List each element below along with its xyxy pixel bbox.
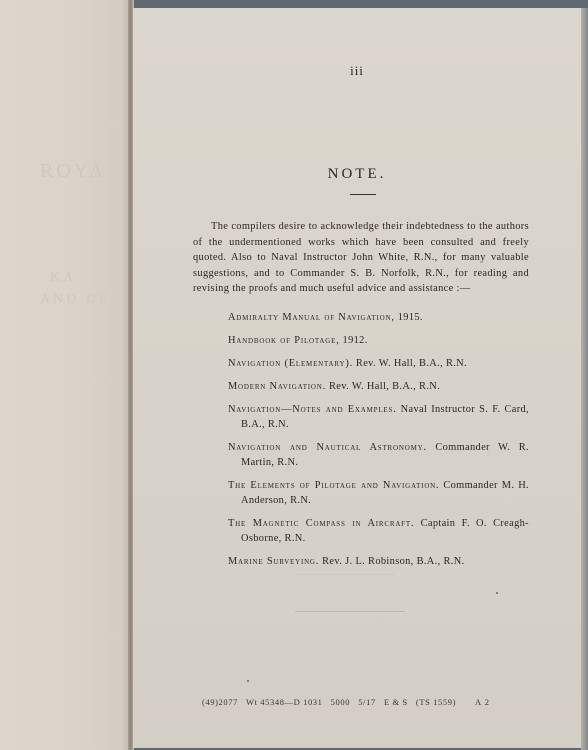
list-item: Marine Surveying. Rev. J. L. Robinson, B… — [228, 554, 529, 569]
page-title: NOTE. — [133, 166, 581, 183]
work-author: 1915. — [395, 312, 423, 323]
list-item: The Elements of Pilotage and Navigation.… — [228, 478, 529, 508]
ghost-text: KA — [50, 270, 76, 286]
work-title: Navigation (Elementary). — [228, 358, 353, 369]
right-page: iii NOTE. The compilers desire to acknow… — [133, 8, 581, 748]
work-author: Rev. W. Hall, B.A., R.N. — [353, 358, 467, 369]
work-author: Rev. J. L. Robinson, B.A., R.N. — [319, 556, 464, 567]
intro-paragraph: The compilers desire to acknowledge thei… — [193, 219, 529, 297]
signature-mark: A 2 — [475, 697, 490, 707]
list-item: The Magnetic Compass in Aircraft. Captai… — [228, 516, 529, 546]
work-title: The Elements of Pilotage and Navigation. — [228, 480, 439, 491]
work-title: Navigation and Nautical Astronomy. — [228, 442, 427, 453]
work-title: Admiralty Manual of Navigation, — [228, 312, 395, 323]
work-title: Marine Surveying. — [228, 556, 319, 567]
work-author: 1912. — [340, 335, 368, 346]
works-list: Admiralty Manual of Navigation, 1915. Ha… — [228, 310, 529, 577]
list-item: Navigation—Notes and Examples. Naval Ins… — [228, 402, 529, 432]
printer-imprint: (49)2077 Wt 45348—D 1031 5000 5/17 E & S… — [202, 697, 456, 707]
paper-speck — [247, 680, 249, 682]
list-item: Navigation and Nautical Astronomy. Comma… — [228, 440, 529, 470]
work-title: The Magnetic Compass in Aircraft. — [228, 518, 414, 529]
page-number: iii — [133, 63, 581, 79]
ghost-text: AND DE — [40, 292, 111, 308]
left-page: ROYA KA AND DE — [0, 0, 132, 750]
list-item: Admiralty Manual of Navigation, 1915. — [228, 310, 529, 325]
list-item: Navigation (Elementary). Rev. W. Hall, B… — [228, 356, 529, 371]
list-item: Handbook of Pilotage, 1912. — [228, 333, 529, 348]
title-rule — [350, 194, 376, 195]
work-title: Navigation—Notes and Examples. — [228, 404, 397, 415]
paper-speck — [496, 592, 498, 594]
work-title: Modern Navigation. — [228, 381, 326, 392]
list-item: Modern Navigation. Rev. W. Hall, B.A., R… — [228, 379, 529, 394]
work-title: Handbook of Pilotage, — [228, 335, 340, 346]
ghost-text: ROYA — [40, 160, 106, 183]
faint-rule — [295, 611, 405, 612]
page-edge — [581, 8, 588, 750]
work-author: Rev. W. Hall, B.A., R.N. — [326, 381, 440, 392]
faint-rule — [295, 574, 395, 575]
